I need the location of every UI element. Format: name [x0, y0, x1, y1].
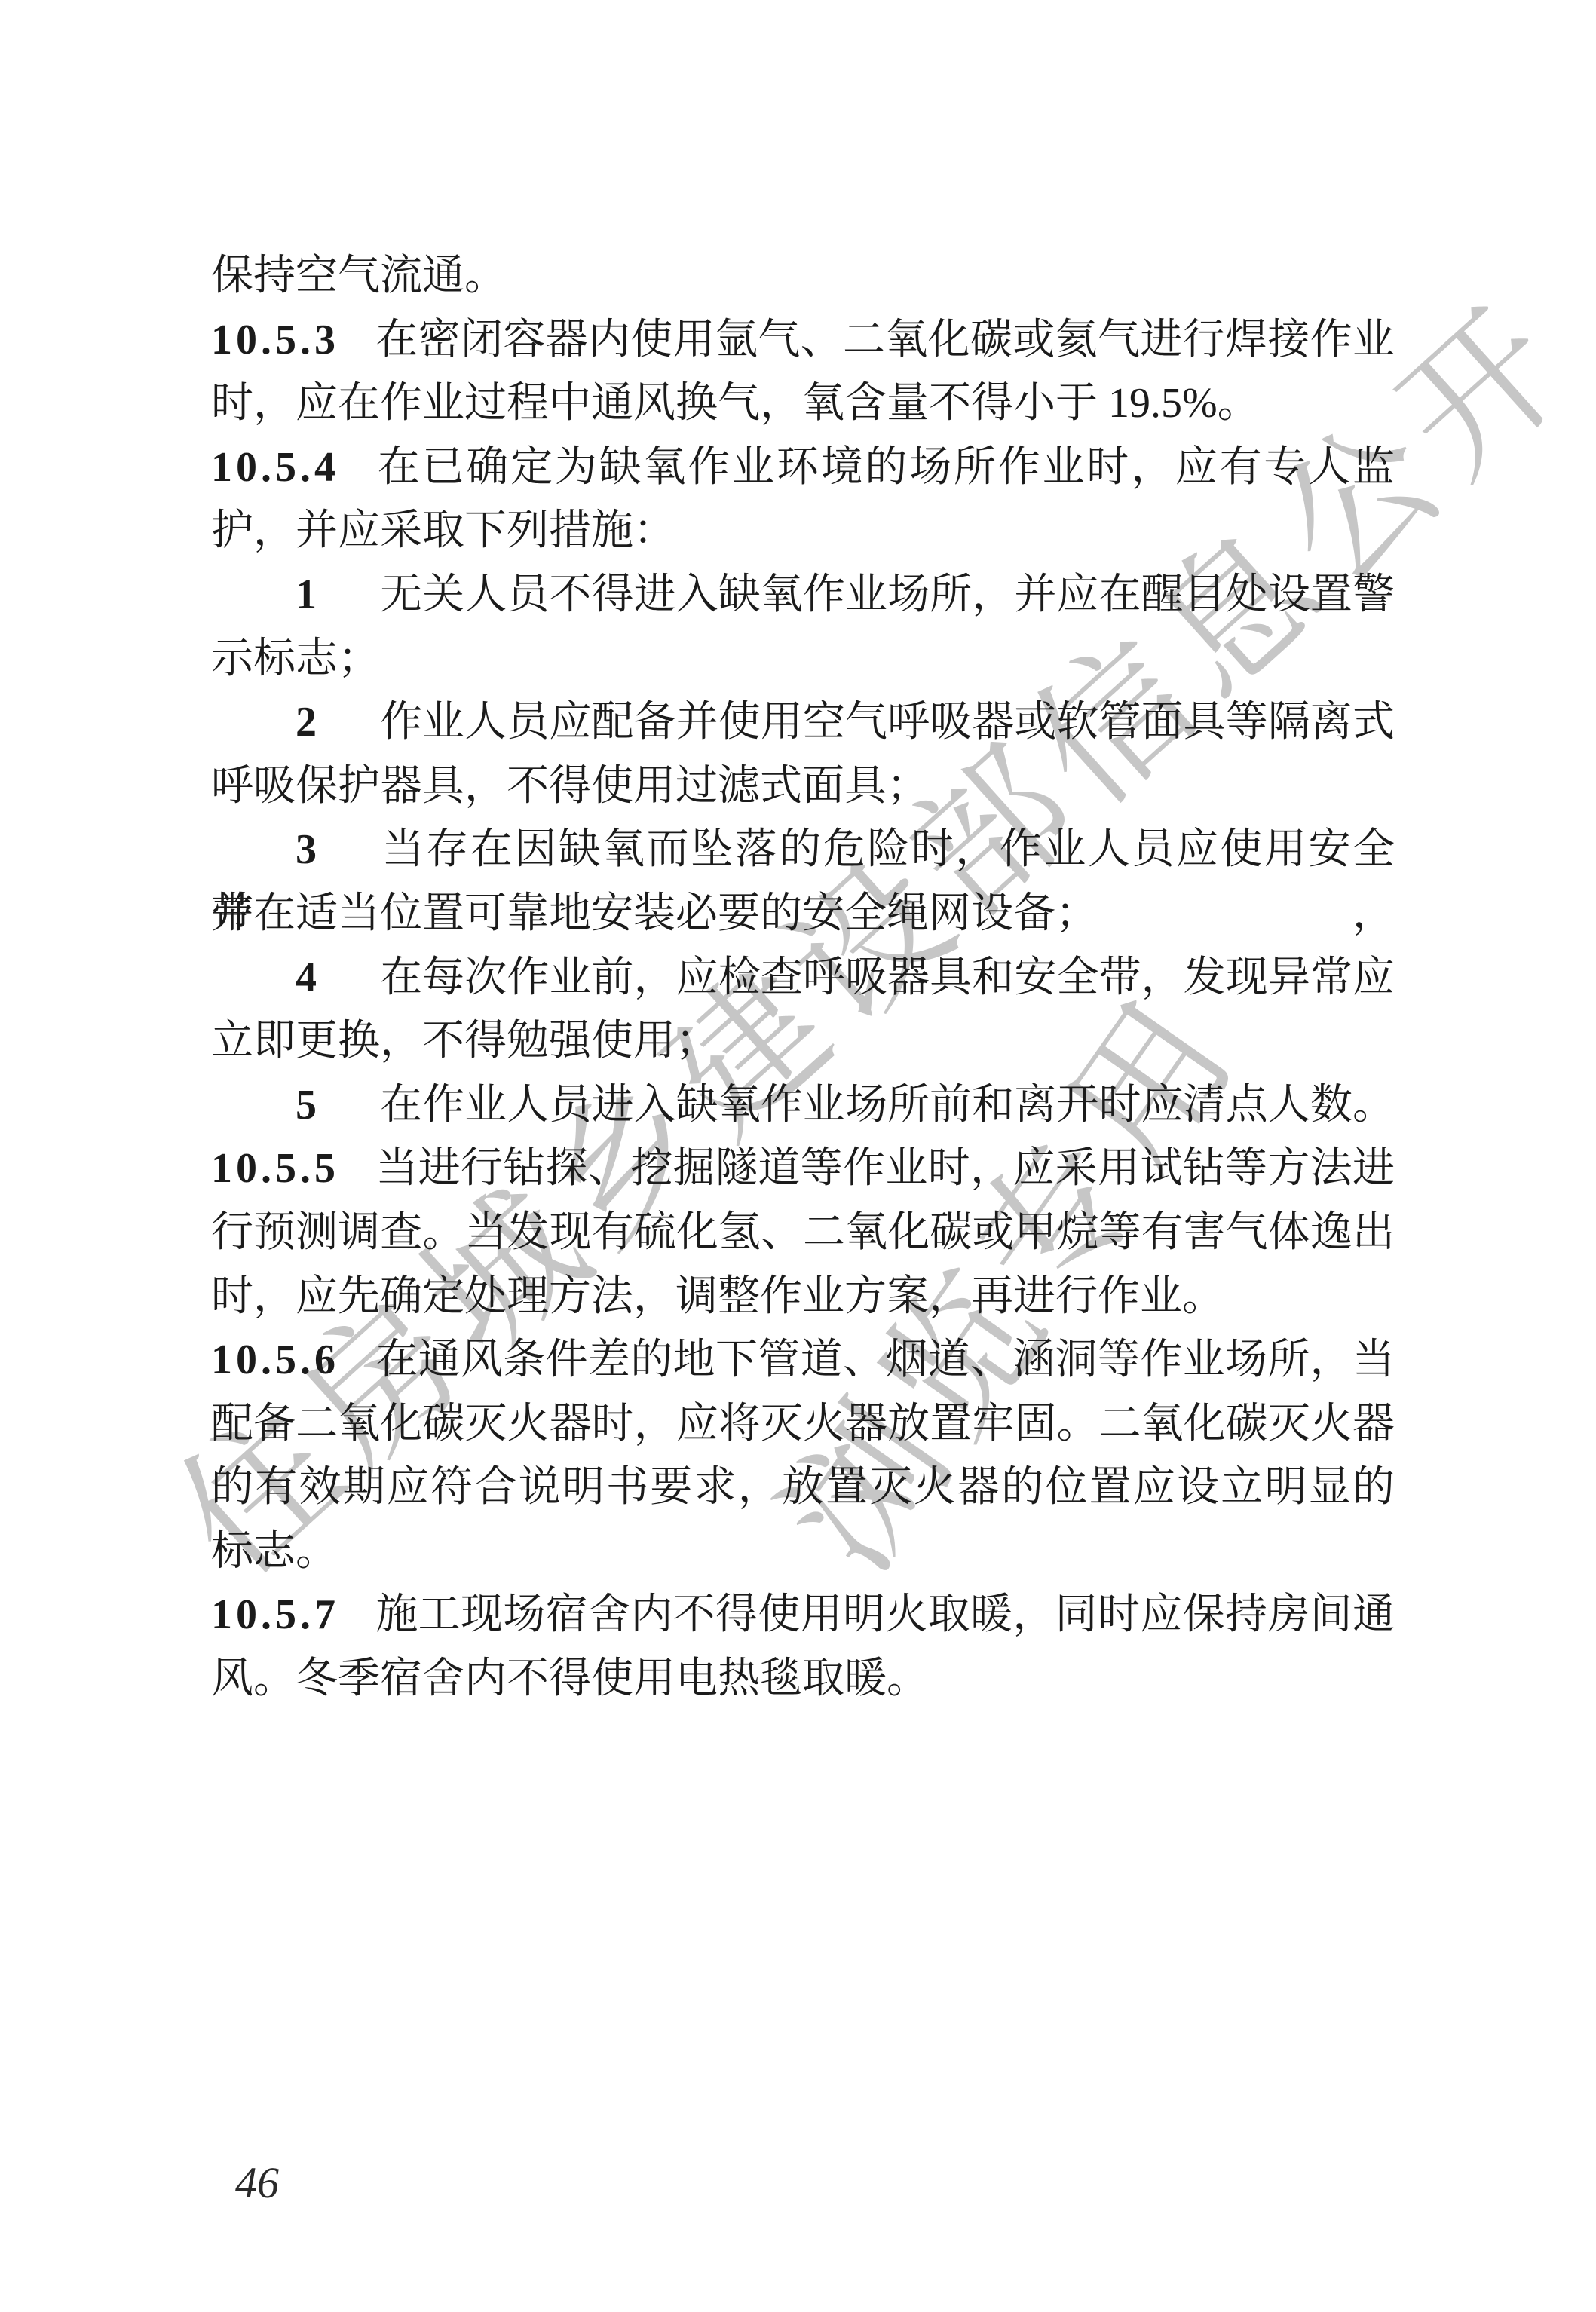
- text-line: 示标志；: [211, 627, 1395, 691]
- text-line: 10.5.5当进行钻探、挖掘隧道等作业时，应采用试钻等方法进: [211, 1137, 1395, 1201]
- line-text: 立即更换，不得勉强使用；: [211, 1018, 718, 1064]
- line-text: 行预测调查。当发现有硫化氢、二氧化碳或甲烷等有害气体逸出: [211, 1209, 1395, 1256]
- text-line: 4在每次作业前，应检查呼吸器具和安全带，发现异常应: [211, 946, 1395, 1010]
- text-line: 的有效期应符合说明书要求，放置灭火器的位置应设立明显的: [211, 1456, 1395, 1520]
- page-number: 46: [235, 2157, 279, 2208]
- text-line: 行预测调查。当发现有硫化氢、二氧化碳或甲烷等有害气体逸出: [211, 1201, 1395, 1265]
- document-page: 住房城乡建设部信息公开 浏览专用 保持空气流通。10.5.3在密闭容器内使用氩气…: [0, 0, 1596, 2312]
- text-line: 10.5.7施工现场宿舍内不得使用明火取暖，同时应保持房间通: [211, 1583, 1395, 1647]
- item-number: 4: [296, 954, 317, 1001]
- clause-number: 10.5.5: [211, 1145, 339, 1192]
- line-text: 无关人员不得进入缺氧作业场所，并应在醒目处设置警: [380, 571, 1395, 618]
- line-text: 当进行钻探、挖掘隧道等作业时，应采用试钻等方法进: [375, 1145, 1395, 1192]
- text-block: 保持空气流通。10.5.3在密闭容器内使用氩气、二氧化碳或氦气进行焊接作业时，应…: [211, 244, 1395, 1711]
- line-text: 时，应在作业过程中通风换气，氧含量不得小于 19.5%。: [211, 380, 1260, 427]
- item-number: 5: [296, 1082, 317, 1128]
- text-line: 时，应先确定处理方法，调整作业方案，再进行作业。: [211, 1265, 1395, 1329]
- text-line: 风。冬季宿舍内不得使用电热毯取暖。: [211, 1647, 1395, 1711]
- line-text: 在已确定为缺氧作业环境的场所作业时，应有专人监: [375, 444, 1395, 491]
- text-line: 呼吸保护器具，不得使用过滤式面具；: [211, 755, 1395, 819]
- line-text: 作业人员应配备并使用空气呼吸器或软管面具等隔离式: [380, 699, 1395, 746]
- line-text: 风。冬季宿舍内不得使用电热毯取暖。: [211, 1655, 929, 1702]
- line-text: 施工现场宿舍内不得使用明火取暖，同时应保持房间通: [375, 1591, 1395, 1638]
- line-text: 在每次作业前，应检查呼吸器具和安全带，发现异常应: [380, 954, 1395, 1001]
- clause-number: 10.5.4: [211, 444, 339, 491]
- clause-number: 10.5.7: [211, 1591, 339, 1638]
- text-line: 保持空气流通。: [211, 244, 1395, 308]
- line-text: 标志。: [211, 1528, 338, 1575]
- line-text: 在作业人员进入缺氧作业场所前和离开时应清点人数。: [380, 1082, 1395, 1128]
- line-text: 示标志；: [211, 635, 380, 682]
- text-line: 护，并应采取下列措施：: [211, 499, 1395, 563]
- text-line: 1无关人员不得进入缺氧作业场所，并应在醒目处设置警: [211, 563, 1395, 627]
- text-line: 时，应在作业过程中通风换气，氧含量不得小于 19.5%。: [211, 372, 1395, 436]
- line-text: 配备二氧化碳灭火器时，应将灭火器放置牢固。二氧化碳灭火器: [211, 1401, 1395, 1447]
- text-line: 10.5.3在密闭容器内使用氩气、二氧化碳或氦气进行焊接作业: [211, 308, 1395, 372]
- item-number: 2: [296, 699, 317, 746]
- line-text: 呼吸保护器具，不得使用过滤式面具；: [211, 763, 929, 810]
- line-text: 护，并应采取下列措施：: [211, 507, 675, 554]
- item-number: 1: [296, 571, 317, 618]
- line-text: 并在适当位置可靠地安装必要的安全绳网设备；: [211, 890, 1098, 937]
- text-line: 10.5.4在已确定为缺氧作业环境的场所作业时，应有专人监: [211, 436, 1395, 500]
- line-text: 保持空气流通。: [211, 253, 507, 299]
- text-line: 立即更换，不得勉强使用；: [211, 1009, 1395, 1073]
- text-line: 5在作业人员进入缺氧作业场所前和离开时应清点人数。: [211, 1073, 1395, 1138]
- text-line: 配备二氧化碳灭火器时，应将灭火器放置牢固。二氧化碳灭火器: [211, 1392, 1395, 1456]
- line-text: 时，应先确定处理方法，调整作业方案，再进行作业。: [211, 1273, 1224, 1320]
- item-number: 3: [296, 826, 317, 873]
- line-text: 在密闭容器内使用氩气、二氧化碳或氦气进行焊接作业: [375, 317, 1395, 363]
- line-text: 在通风条件差的地下管道、烟道、涵洞等作业场所，当: [375, 1337, 1395, 1383]
- clause-number: 10.5.3: [211, 317, 339, 363]
- text-line: 2作业人员应配备并使用空气呼吸器或软管面具等隔离式: [211, 691, 1395, 755]
- text-line: 3当存在因缺氧而坠落的危险时，作业人员应使用安全带，: [211, 818, 1395, 882]
- clause-number: 10.5.6: [211, 1337, 339, 1383]
- line-text: 的有效期应符合说明书要求，放置灭火器的位置应设立明显的: [211, 1464, 1395, 1511]
- text-line: 10.5.6在通风条件差的地下管道、烟道、涵洞等作业场所，当: [211, 1328, 1395, 1392]
- text-line: 标志。: [211, 1520, 1395, 1584]
